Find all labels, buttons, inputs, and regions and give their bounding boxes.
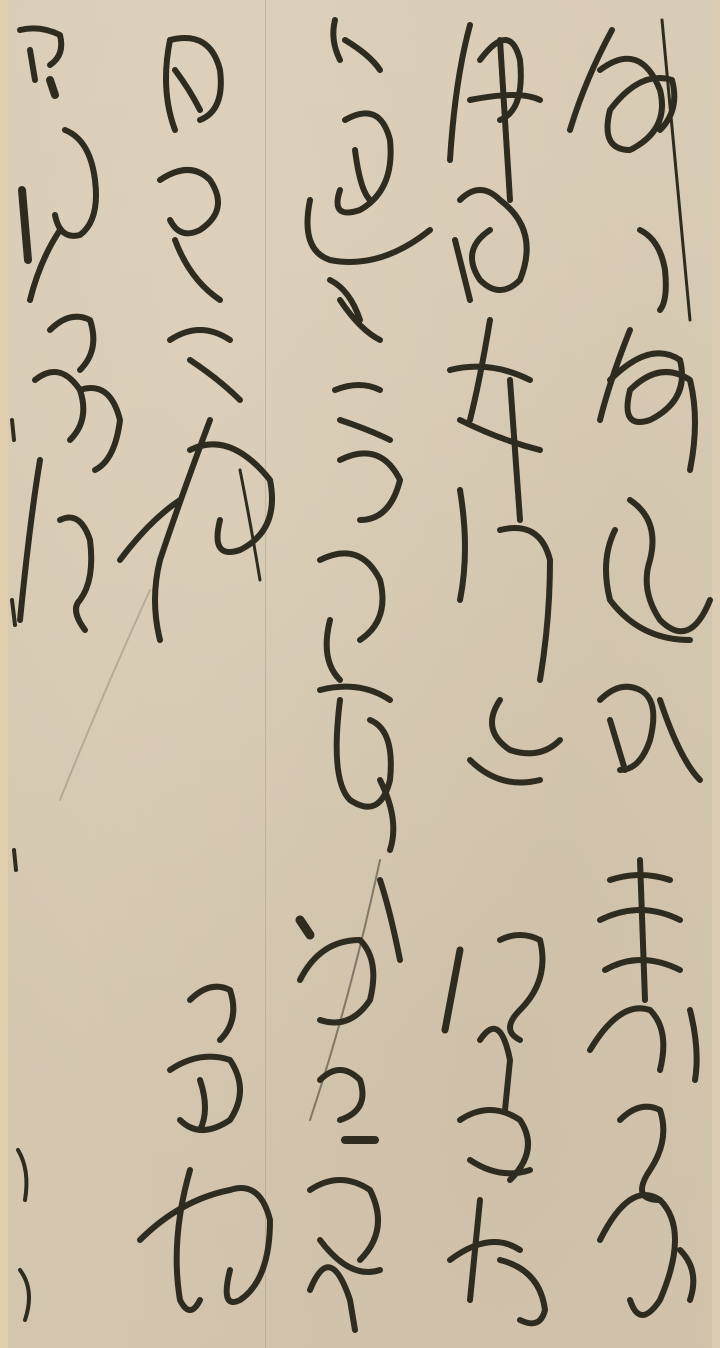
column-5-strokes — [20, 28, 120, 630]
column-4-strokes — [120, 38, 272, 1310]
ink-strokes — [0, 0, 720, 1348]
column-2-strokes — [445, 25, 560, 1323]
calligraphy-paper — [0, 0, 720, 1348]
column-3-strokes — [300, 20, 430, 1330]
column-1-strokes — [570, 20, 710, 1315]
